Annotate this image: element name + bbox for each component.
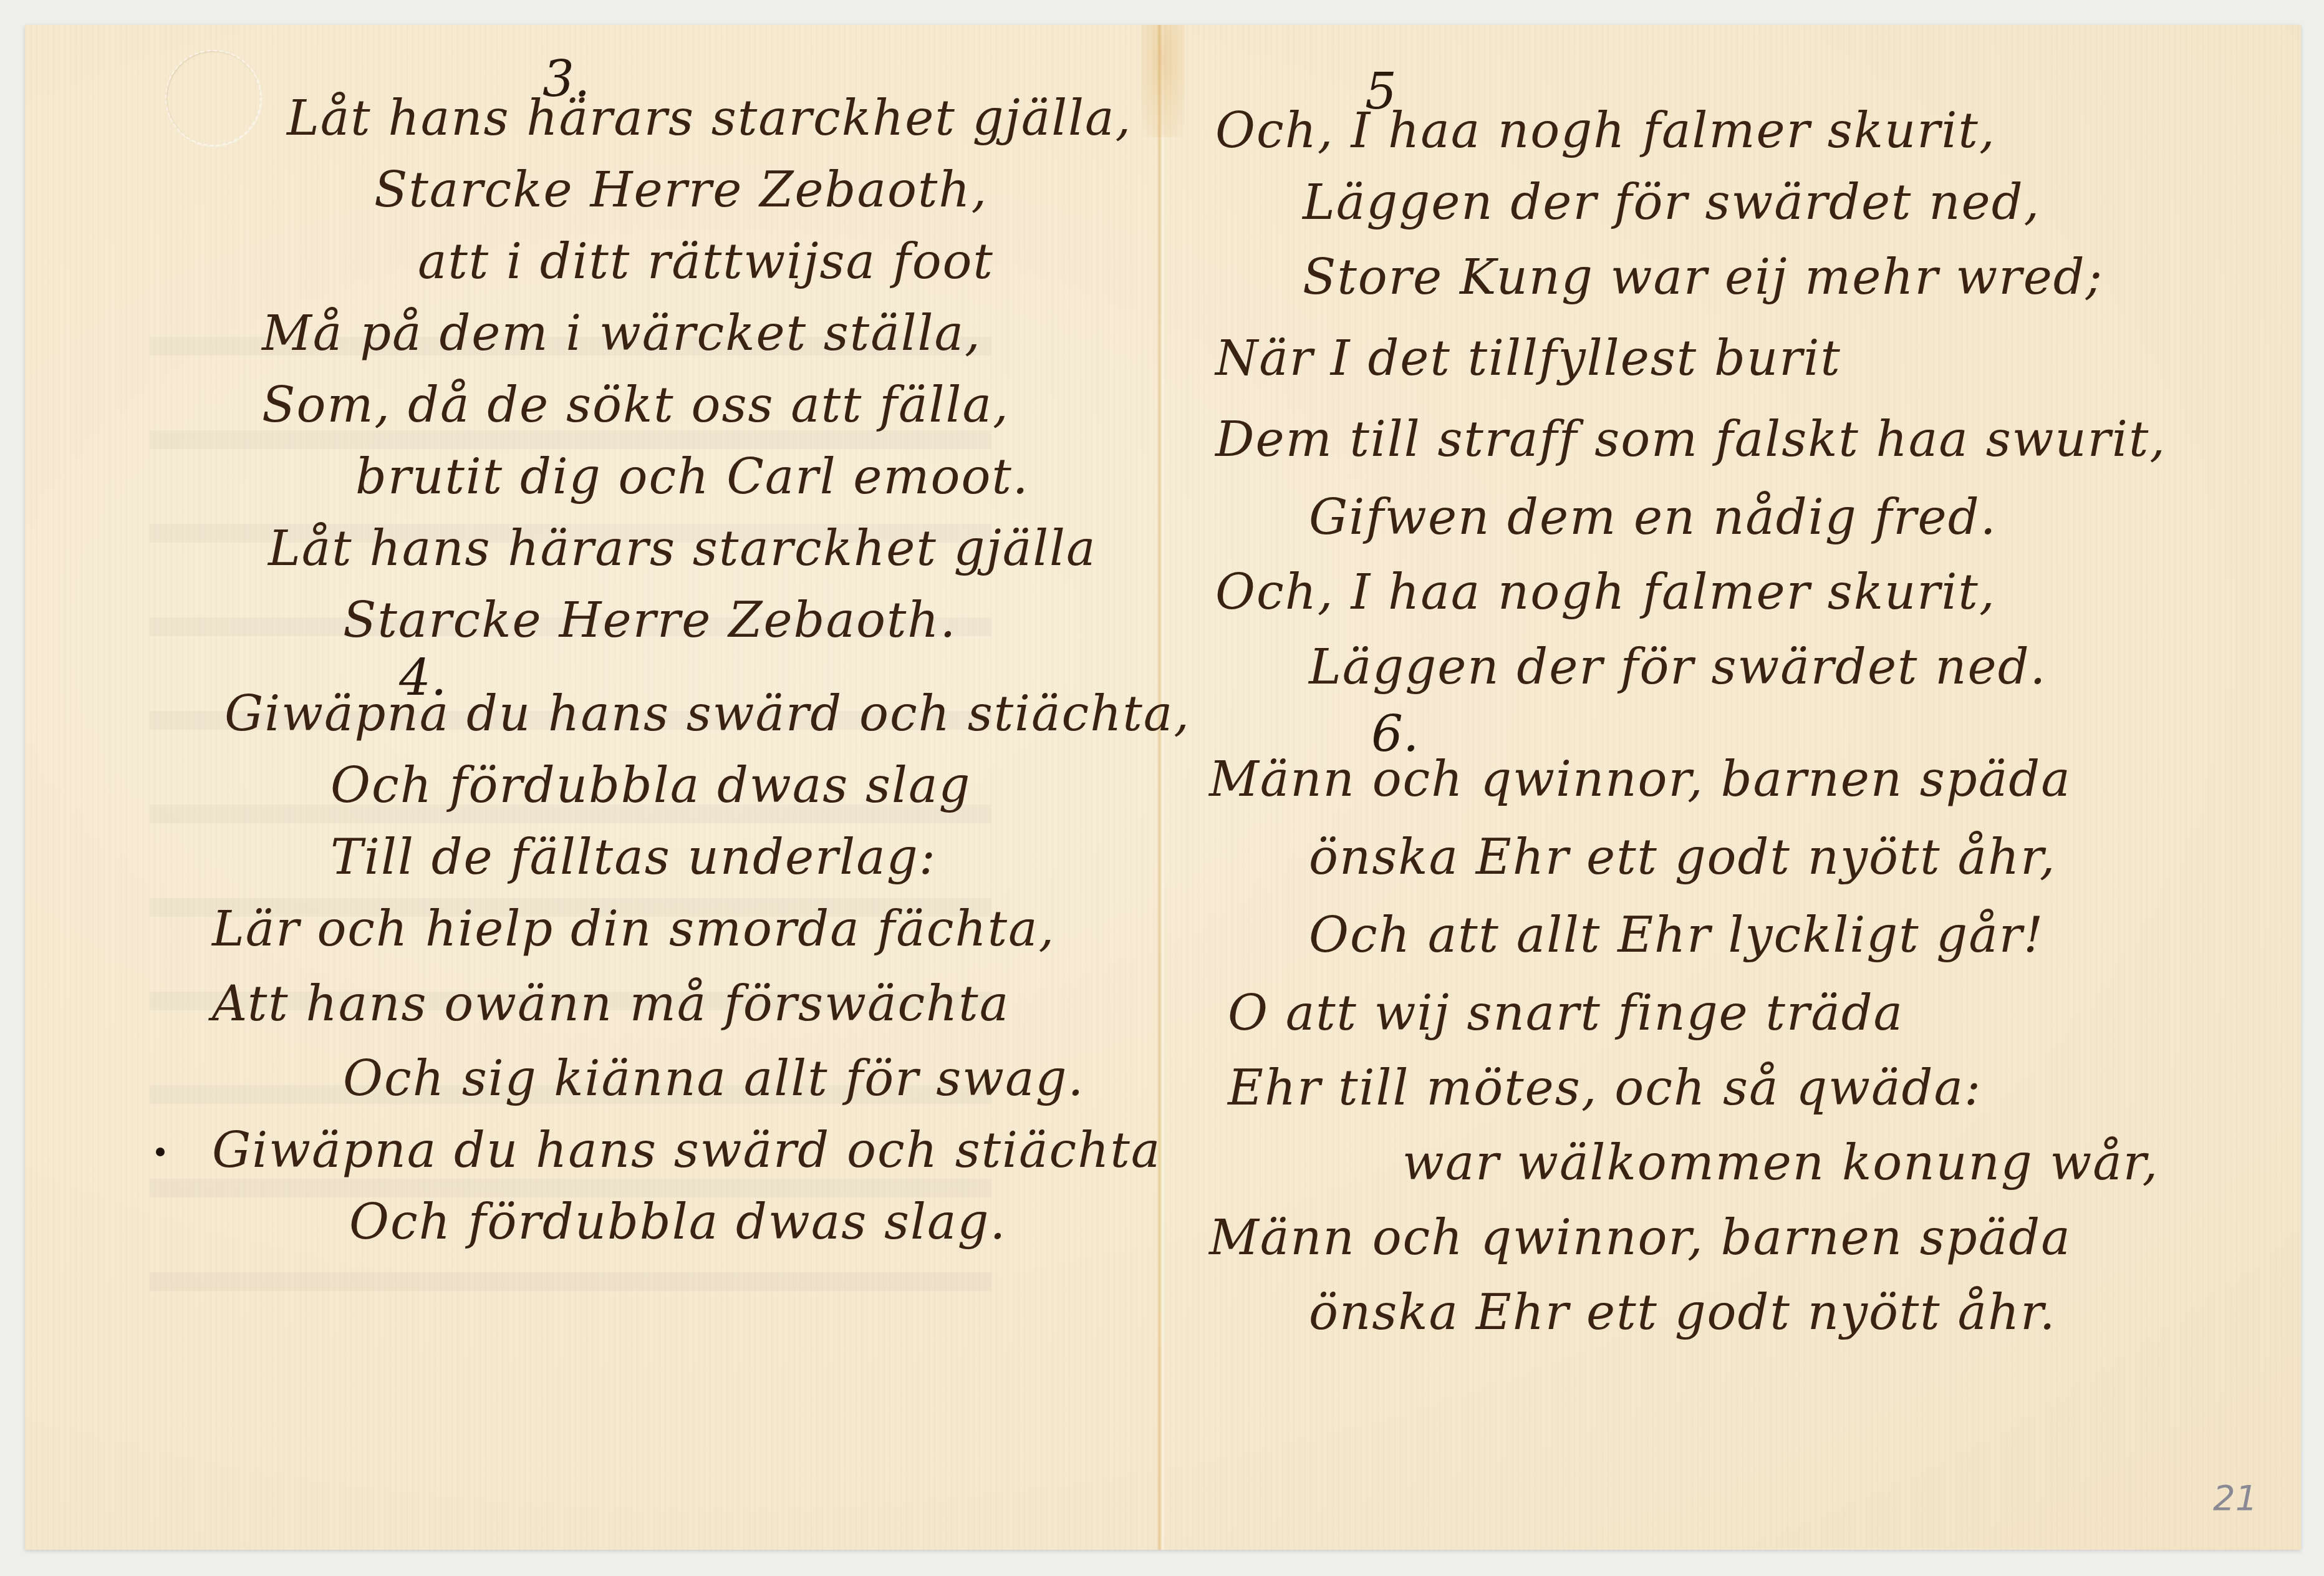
verse-line: Läggen der för swärdet ned, xyxy=(1303,175,2040,231)
verse-line: Giwäpna du hans swärd och stiächta xyxy=(212,1123,1161,1179)
verse-line: O att wij snart finge träda xyxy=(1228,985,1904,1042)
verse-line: Och, I haa nogh falmer skurit, xyxy=(1215,103,1996,159)
verse-line: Gifwen dem en nådig fred. xyxy=(1309,490,1997,546)
verse-line: När I det tillfyllest burit xyxy=(1215,331,1841,387)
verse-line: Store Kung war eij mehr wred; xyxy=(1303,249,2103,306)
verse-line: önska Ehr ett godt nyött åhr, xyxy=(1309,829,2056,886)
right-page: 5 Och, I haa nogh falmer skurit, Läggen … xyxy=(1165,25,2301,1550)
verse-line: war wälkommen konung wår, xyxy=(1402,1135,2159,1191)
verse-line: Låt hans härars starckhet gjälla, xyxy=(287,90,1132,147)
verse-line: Männ och qwinnor, barnen späda xyxy=(1209,1210,2071,1266)
verse-line: Och att allt Ehr lyckligt går! xyxy=(1309,907,2044,964)
verse-line: Männ och qwinnor, barnen späda xyxy=(1209,752,2071,808)
verse-line: Att hans owänn må förswächta xyxy=(212,976,1010,1032)
verse-line: önska Ehr ett godt nyött åhr. xyxy=(1309,1285,2056,1341)
verse-line: Och fördubbla dwas slag. xyxy=(349,1194,1006,1250)
verse-line: Ehr till mötes, och så qwäda: xyxy=(1228,1060,1982,1116)
folio-number: 21 xyxy=(2213,1478,2257,1519)
verse-line: Starcke Herre Zebaoth. xyxy=(343,592,957,649)
verse-line: brutit dig och Carl emoot. xyxy=(355,449,1029,505)
verse-line: Till de fälltas underlag: xyxy=(330,829,937,886)
verse-line: Starcke Herre Zebaoth, xyxy=(374,162,988,218)
center-fold xyxy=(1157,25,1165,1550)
verse-line: Och sig kiänna allt för swag. xyxy=(343,1051,1084,1107)
verse-line: Och fördubbla dwas slag xyxy=(330,758,971,814)
left-page: 3. Låt hans härars starckhet gjälla, Sta… xyxy=(25,25,1157,1550)
verse-line: Giwäpna du hans swärd och stiächta, xyxy=(224,686,1190,742)
manuscript-sheet: 3. Låt hans härars starckhet gjälla, Sta… xyxy=(25,25,2301,1550)
verse-line: Läggen der för swärdet ned. xyxy=(1309,639,2047,695)
margin-dot xyxy=(156,1148,165,1156)
verse-line: Lär och hielp din smorda fächta, xyxy=(212,901,1055,957)
verse-line: Låt hans härars starckhet gjälla xyxy=(268,521,1097,577)
verse-line: Dem till straff som falskt haa swurit, xyxy=(1215,412,2166,468)
verse-line: att i ditt rättwijsa foot xyxy=(418,234,994,290)
verse-line: Och, I haa nogh falmer skurit, xyxy=(1215,564,1996,621)
verse-line: Må på dem i wärcket ställa, xyxy=(262,306,981,362)
verse-line: Som, då de sökt oss att fälla, xyxy=(262,377,1010,433)
